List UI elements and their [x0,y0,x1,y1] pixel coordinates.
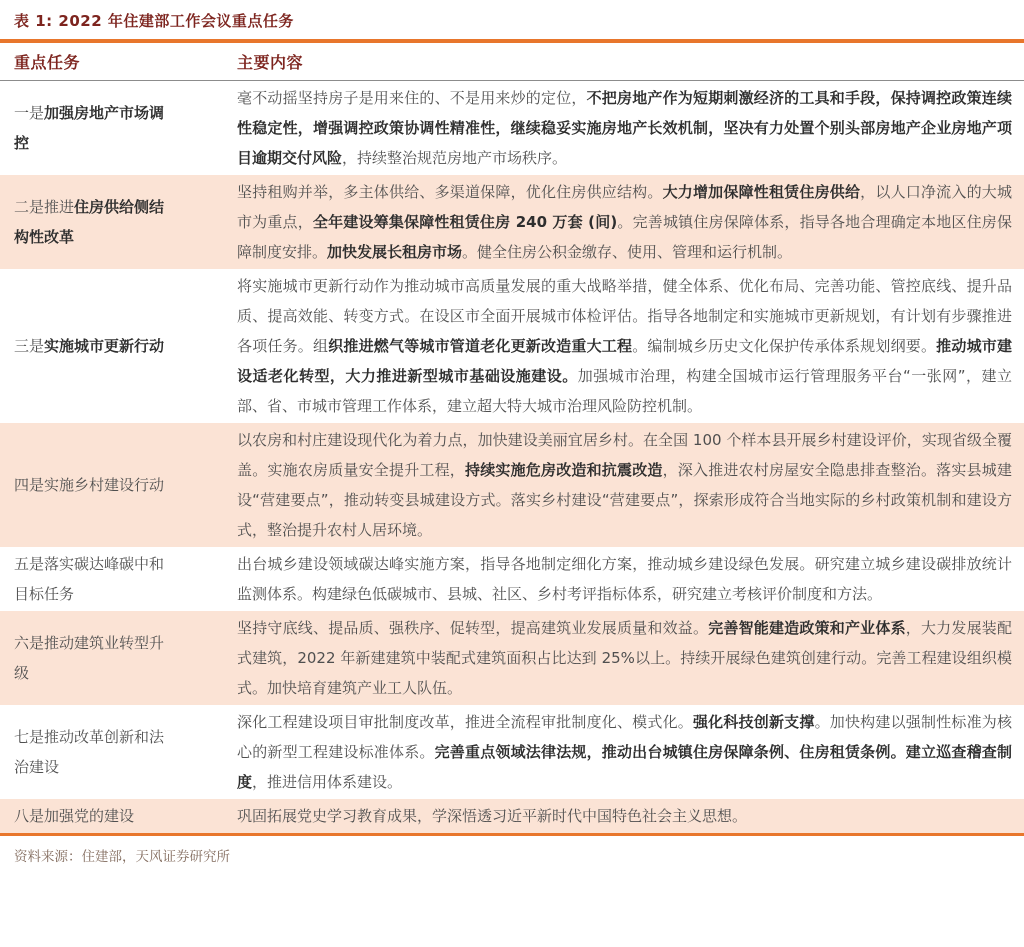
table-row: 一是加强房地产市场调控 毫不动摇坚持房子是用来住的、不是用来炒的定位，不把房地产… [0,81,1024,175]
task-cell: 六是推动建筑业转型升级 [0,613,223,703]
content-cell: 坚持租购并举，多主体供给、多渠道保障，优化住房供应结构。大力增加保障性租赁住房供… [223,177,1024,267]
text-segment: 坚持租购并举，多主体供给、多渠道保障，优化住房供应结构。 [237,183,663,201]
text-segment: 织推进燃气等城市管道老化更新改造重大工程 [328,337,632,355]
table-row: 七是推动改革创新和法治建设 深化工程建设项目审批制度改革，推进全流程审批制度化、… [0,705,1024,799]
content-cell: 深化工程建设项目审批制度改革，推进全流程审批制度化、模式化。强化科技创新支撑。加… [223,707,1024,797]
content-text: 巩固拓展党史学习教育成果，学深悟透习近平新时代中国特色社会主义思想。 [237,801,1012,831]
task-text: 一是加强房地产市场调控 [14,98,170,158]
key-tasks-table: 重点任务 主要内容 一是加强房地产市场调控 毫不动摇坚持房子是用来住的、不是用来… [0,39,1024,836]
task-cell: 二是推进住房供给侧结构性改革 [0,177,223,267]
text-segment: 加快发展长租房市场 [327,243,462,261]
content-cell: 以农房和村庄建设现代化为着力点，加快建设美丽宜居乡村。在全国 100 个样本县开… [223,425,1024,545]
table-row: 四是实施乡村建设行动 以农房和村庄建设现代化为着力点，加快建设美丽宜居乡村。在全… [0,423,1024,547]
task-text: 四是实施乡村建设行动 [14,470,170,500]
content-text: 以农房和村庄建设现代化为着力点，加快建设美丽宜居乡村。在全国 100 个样本县开… [237,425,1012,545]
text-segment: 五是落实碳达峰碳中和目标任务 [14,555,164,603]
table-row: 二是推进住房供给侧结构性改革 坚持租购并举，多主体供给、多渠道保障，优化住房供应… [0,175,1024,269]
text-segment: ，持续整治规范房地产市场秩序。 [342,149,567,167]
text-segment: 持续实施危房改造和抗震改造 [465,461,663,479]
text-segment: 。健全住房公积金缴存、使用、管理和运行机制。 [462,243,792,261]
task-cell: 八是加强党的建设 [0,801,223,831]
content-cell: 坚持守底线、提品质、强秩序、促转型，提高建筑业发展质量和效益。完善智能建造政策和… [223,613,1024,703]
content-text: 坚持租购并举，多主体供给、多渠道保障，优化住房供应结构。大力增加保障性租赁住房供… [237,177,1012,267]
text-segment: 强化科技创新支撑 [693,713,815,731]
table-row: 五是落实碳达峰碳中和目标任务 出台城乡建设领域碳达峰实施方案，指导各地制定细化方… [0,547,1024,611]
text-segment: 四是实施乡村建设行动 [14,476,164,494]
content-cell: 出台城乡建设领域碳达峰实施方案，指导各地制定细化方案，推动城乡建设绿色发展。研究… [223,549,1024,609]
content-text: 毫不动摇坚持房子是用来住的、不是用来炒的定位，不把房地产作为短期刺激经济的工具和… [237,83,1012,173]
text-segment: ，推进信用体系建设。 [252,773,402,791]
text-segment: 出台城乡建设领域碳达峰实施方案，指导各地制定细化方案，推动城乡建设绿色发展。研究… [237,555,1012,603]
task-text: 二是推进住房供给侧结构性改革 [14,192,170,252]
text-segment: 二是推进 [14,198,74,216]
text-segment: 。编制城乡历史文化保护传承体系规划纲要。 [632,337,936,355]
text-segment: 完善智能建造政策和产业体系 [708,619,906,637]
task-text: 六是推动建筑业转型升级 [14,628,170,688]
text-segment: 全年建设筹集保障性租赁住房 240 万套 (间) [313,213,617,231]
content-text: 将实施城市更新行动作为推动城市高质量发展的重大战略举措，健全体系、优化布局、完善… [237,271,1012,421]
text-segment: 巩固拓展党史学习教育成果，学深悟透习近平新时代中国特色社会主义思想。 [237,807,747,825]
table-body: 一是加强房地产市场调控 毫不动摇坚持房子是用来住的、不是用来炒的定位，不把房地产… [0,81,1024,836]
table-row: 三是实施城市更新行动 将实施城市更新行动作为推动城市高质量发展的重大战略举措，健… [0,269,1024,423]
task-text: 三是实施城市更新行动 [14,331,170,361]
table-header-row: 重点任务 主要内容 [0,39,1024,81]
text-segment: 一是 [14,104,44,122]
task-text: 五是落实碳达峰碳中和目标任务 [14,549,170,609]
content-text: 深化工程建设项目审批制度改革，推进全流程审批制度化、模式化。强化科技创新支撑。加… [237,707,1012,797]
task-text: 八是加强党的建设 [14,801,170,831]
text-segment: 大力增加保障性租赁住房供给 [663,183,861,201]
text-segment: 八是加强党的建设 [14,807,134,825]
task-cell: 一是加强房地产市场调控 [0,83,223,173]
text-segment: 实施城市更新行动 [44,337,164,355]
column-header-task: 重点任务 [0,50,223,73]
table-title: 表 1: 2022 年住建部工作会议重点任务 [0,8,1024,39]
text-segment: 六是推动建筑业转型升级 [14,634,164,682]
task-cell: 四是实施乡村建设行动 [0,425,223,545]
task-text: 七是推动改革创新和法治建设 [14,722,170,782]
text-segment: 七是推动改革创新和法治建设 [14,728,164,776]
table-row: 六是推动建筑业转型升级 坚持守底线、提品质、强秩序、促转型，提高建筑业发展质量和… [0,611,1024,705]
content-cell: 毫不动摇坚持房子是用来住的、不是用来炒的定位，不把房地产作为短期刺激经济的工具和… [223,83,1024,173]
text-segment: 毫不动摇坚持房子是用来住的、不是用来炒的定位， [237,89,587,107]
content-cell: 将实施城市更新行动作为推动城市高质量发展的重大战略举措，健全体系、优化布局、完善… [223,271,1024,421]
source-note: 资料来源：住建部，天风证券研究所 [0,836,1024,875]
text-segment: 深化工程建设项目审批制度改革，推进全流程审批制度化、模式化。 [237,713,693,731]
text-segment: 坚持守底线、提品质、强秩序、促转型，提高建筑业发展质量和效益。 [237,619,708,637]
task-cell: 七是推动改革创新和法治建设 [0,707,223,797]
content-text: 出台城乡建设领域碳达峰实施方案，指导各地制定细化方案，推动城乡建设绿色发展。研究… [237,549,1012,609]
table-row: 八是加强党的建设 巩固拓展党史学习教育成果，学深悟透习近平新时代中国特色社会主义… [0,799,1024,833]
column-header-content: 主要内容 [223,50,1024,73]
task-cell: 三是实施城市更新行动 [0,271,223,421]
content-cell: 巩固拓展党史学习教育成果，学深悟透习近平新时代中国特色社会主义思想。 [223,801,1024,831]
task-cell: 五是落实碳达峰碳中和目标任务 [0,549,223,609]
content-text: 坚持守底线、提品质、强秩序、促转型，提高建筑业发展质量和效益。完善智能建造政策和… [237,613,1012,703]
text-segment: 三是 [14,337,44,355]
report-table-page: 表 1: 2022 年住建部工作会议重点任务 重点任务 主要内容 一是加强房地产… [0,0,1024,875]
